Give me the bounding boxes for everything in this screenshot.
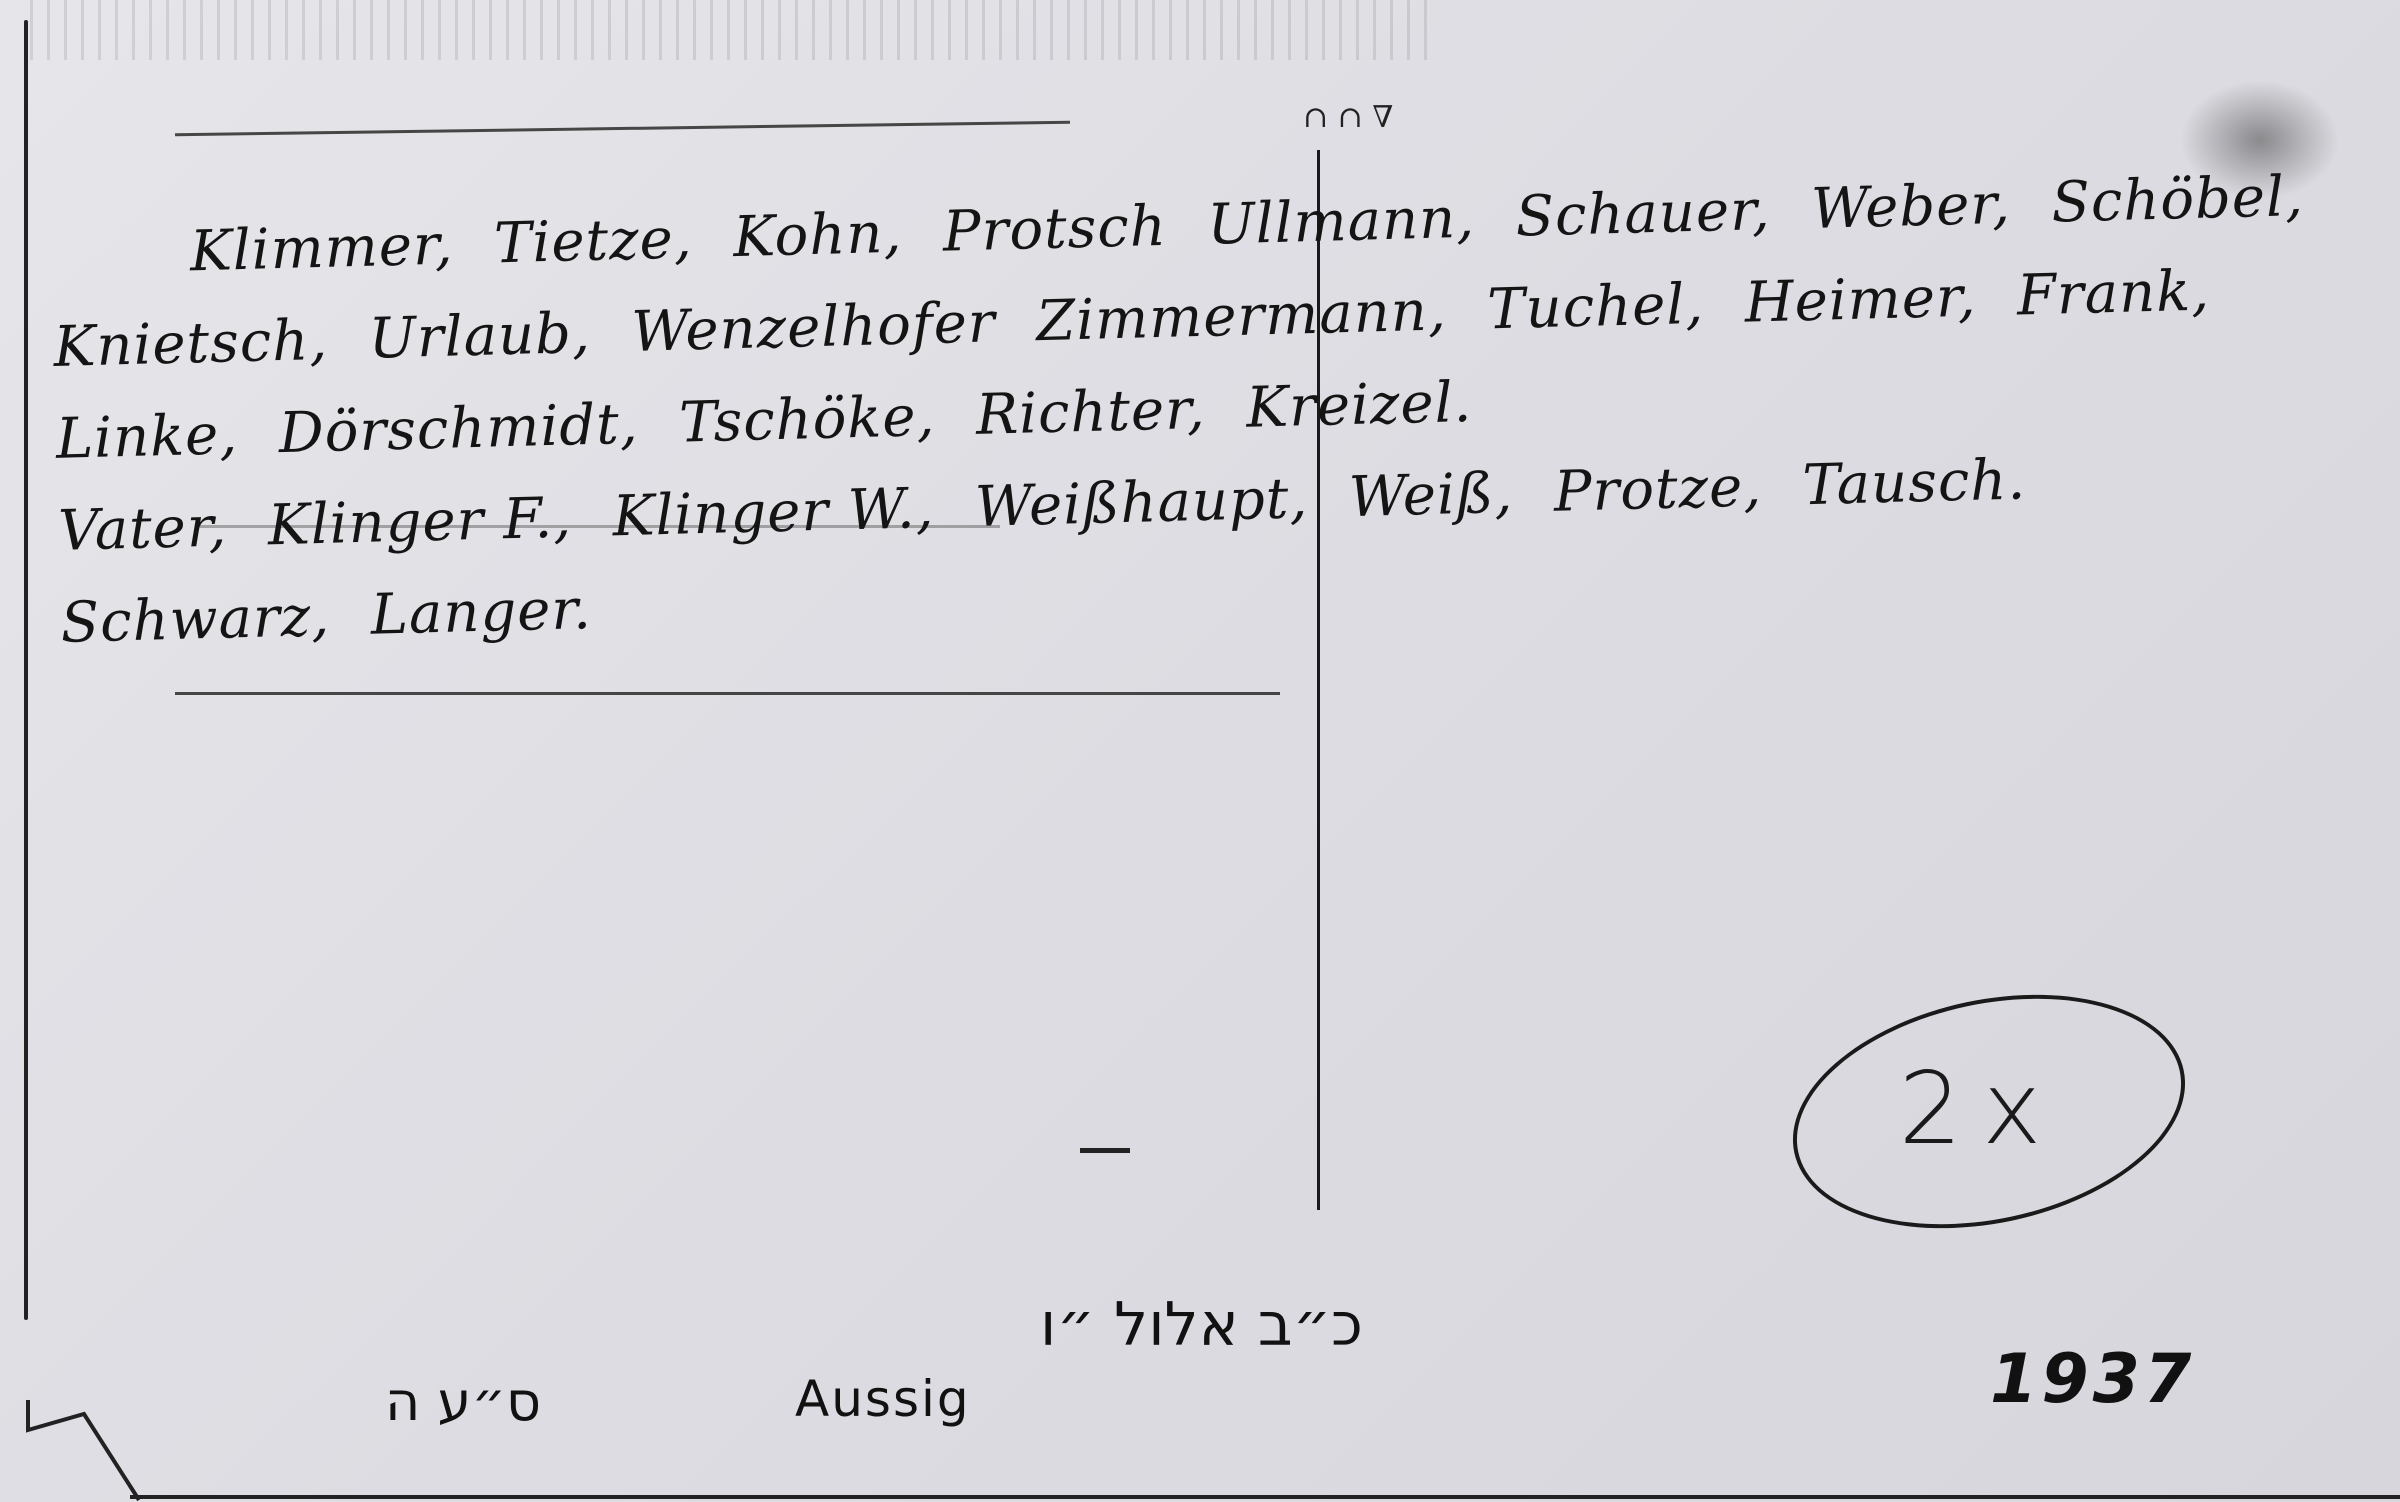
bottom-rule	[175, 692, 1280, 695]
name: Dörschmidt	[278, 392, 621, 466]
name: Linke	[55, 403, 220, 472]
name: Urlaub	[368, 301, 573, 371]
name: Langer.	[370, 577, 593, 648]
name: Klimmer	[189, 213, 435, 284]
name: Weber	[1810, 172, 1992, 242]
name: Tietze	[493, 207, 674, 277]
hebrew-note-left: ס״ע ה	[385, 1370, 541, 1433]
name: Ullmann	[1207, 186, 1457, 257]
place-name: Aussig	[795, 1370, 971, 1428]
top-rule	[175, 121, 1070, 136]
name: Tschöke	[678, 384, 917, 455]
top-edge-smudge	[30, 0, 1430, 60]
name: Tuchel	[1486, 272, 1686, 342]
name: Zimmermann	[1035, 279, 1428, 354]
name: Schauer	[1515, 178, 1753, 249]
circled-annotation-text: 2x	[1850, 1050, 2110, 1167]
left-border-line	[24, 20, 28, 1320]
name: Wenzelhofer	[631, 290, 997, 365]
name: Schwarz	[60, 584, 312, 656]
names-list: Klimmer, Tietze, Kohn, Protsch Ullmann, …	[50, 150, 2341, 670]
bottom-edge-line	[130, 1495, 2400, 1499]
name: Kohn	[732, 201, 884, 270]
name: Klinger W.	[612, 476, 916, 549]
document-card: ∩ ∩ ∇ Klimmer, Tietze, Kohn, Protsch Ull…	[0, 0, 2400, 1502]
name: Schöbel	[2051, 165, 2286, 236]
name: Kreizel.	[1245, 370, 1473, 441]
name: Protze	[1553, 455, 1744, 525]
hebrew-date-note: כ״ב אלול ״ו	[1040, 1290, 1363, 1360]
name: Weiß	[1348, 461, 1495, 530]
name: Frank	[2016, 259, 2192, 329]
year-note: 1937	[1990, 1340, 2195, 1419]
name: Knietsch	[53, 308, 310, 380]
name: Heimer	[1744, 265, 1958, 336]
name: Tausch	[1802, 448, 2008, 518]
name: Weißhaupt	[974, 467, 1290, 540]
name: Richter	[975, 377, 1187, 447]
bottom-left-corner-line	[24, 1400, 144, 1502]
dash-mark	[1080, 1148, 1130, 1153]
top-marks: ∩ ∩ ∇	[1303, 100, 1393, 135]
name: Protsch	[942, 194, 1167, 265]
name: Vater	[58, 495, 210, 564]
name: Klinger F.	[267, 486, 554, 558]
